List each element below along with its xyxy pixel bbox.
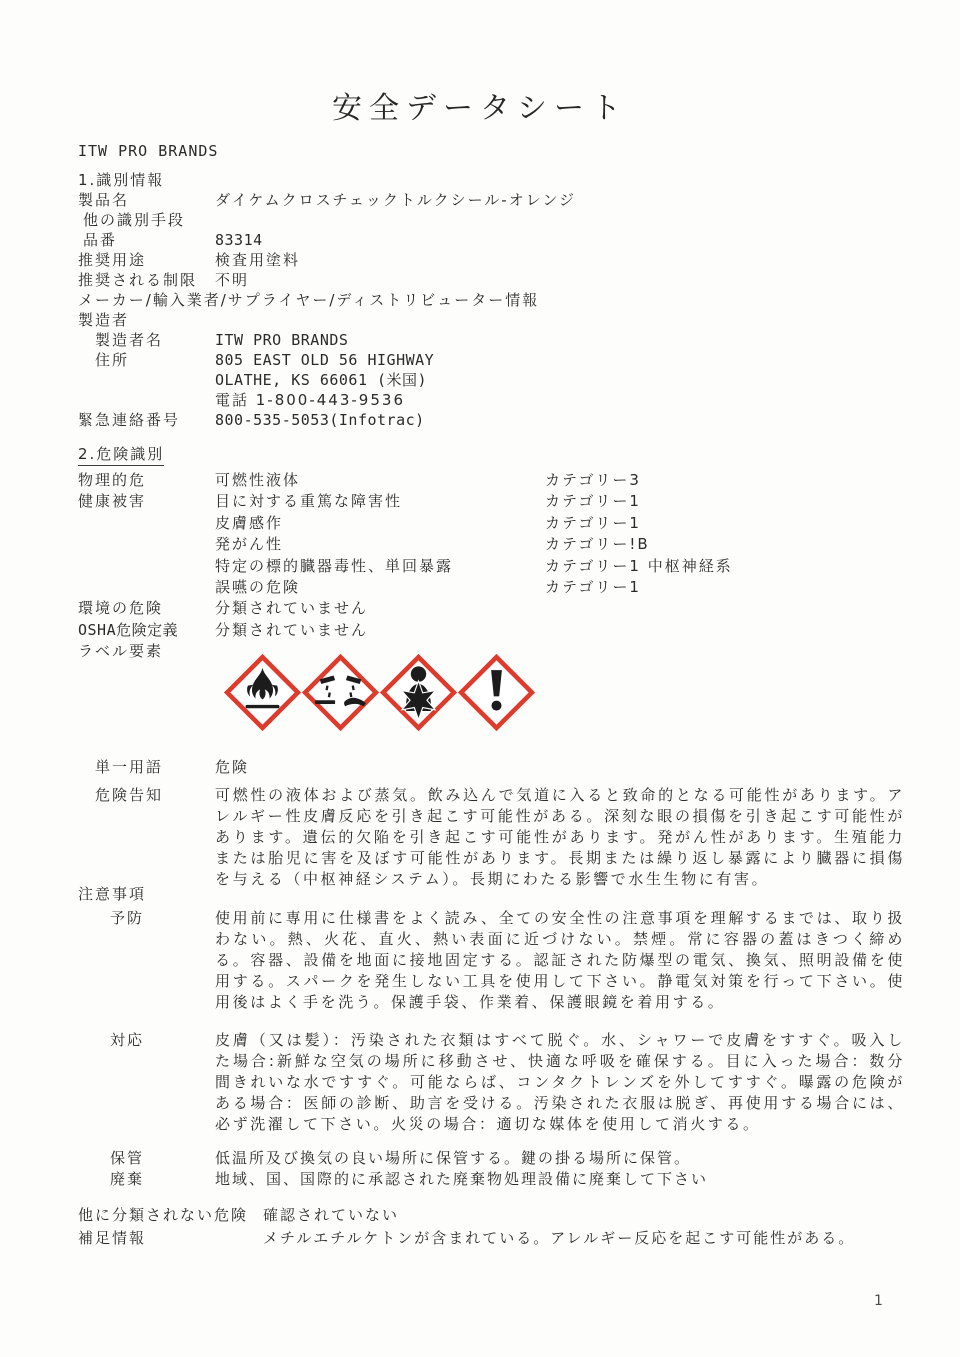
class-category: カテゴリー1 中枢神経系 — [545, 556, 733, 577]
page-number: 1 — [874, 1291, 883, 1311]
signal-word-label: 単一用語 — [95, 757, 215, 777]
class-hazard: 目に対する重篤な障害性 — [215, 491, 545, 512]
field-row-part-number: 品番 83314 — [78, 230, 898, 250]
other-hazards-label: 他に分類されない危険 — [78, 1205, 263, 1228]
disposal-text: 地域、国、国際的に承認された廃棄物処理設備に廃棄して下さい — [215, 1169, 708, 1190]
prevention-label: 予防 — [78, 908, 215, 1013]
hazard-statement-row: 危険告知 可燃性の液体および蒸気。飲み込んで気道に入ると致命的となる可能性があり… — [95, 785, 905, 890]
field-label: 住所 — [78, 350, 215, 370]
class-category: カテゴリー1 — [545, 491, 641, 512]
classification-row: OSHA危険定義 分類されていません — [78, 620, 938, 641]
health-hazard-icon — [380, 654, 457, 731]
field-row-product-name: 製品名 ダイケムクロスチェックトルクシール-オレンジ — [78, 190, 898, 210]
precaution-heading: 注意事項 — [78, 884, 908, 906]
class-hazard: 特定の標的臓器毒性、単回暴露 — [215, 556, 545, 577]
classification-row: 健康被害 目に対する重篤な障害性 カテゴリー1 — [78, 491, 938, 512]
field-row-manufacturer-name: 製造者名 ITW PRO BRANDS — [78, 330, 898, 350]
field-row-address: 住所 805 EAST OLD 56 HIGHWAY — [78, 350, 898, 370]
prevention-row: 予防 使用前に専用に仕様書をよく読み、全ての安全性の注意事項を理解するまでは、取… — [78, 908, 908, 1013]
field-row-maker-info: メーカー/輸入業者/サプライヤー/ディストリビューター情報 — [78, 290, 898, 310]
prevention-text: 使用前に専用に仕様書をよく読み、全ての安全性の注意事項を理解するまでは、取り扱わ… — [215, 908, 905, 1013]
field-row-phone: 電話 1-800-443-9536 — [78, 390, 898, 410]
supplemental-label: 補足情報 — [78, 1228, 263, 1251]
ghs-pictogram-row — [224, 654, 535, 731]
classification-row: 物理的危 可燃性液体 カテゴリー3 — [78, 470, 938, 491]
class-category: カテゴリー1 — [545, 513, 641, 534]
corrosion-icon — [302, 654, 379, 731]
class-label: 環境の危険 — [78, 598, 215, 619]
field-label: 他の識別手段 — [78, 210, 215, 230]
field-label: 製造者名 — [78, 330, 215, 350]
field-value: 電話 1-800-443-9536 — [215, 390, 405, 410]
field-row-emergency: 緊急連絡番号 800-535-5053(Infotrac) — [78, 410, 898, 430]
class-hazard: 発がん性 — [215, 534, 545, 555]
disposal-row: 廃棄 地域、国、国際的に承認された廃棄物処理設備に廃棄して下さい — [78, 1169, 908, 1190]
class-category: カテゴリー3 — [545, 470, 641, 491]
field-label: 推奨される制限 — [78, 270, 215, 290]
field-row-address-2: OLATHE, KS 66061 (米国) — [78, 370, 898, 390]
class-category: カテゴリー1 — [545, 577, 641, 598]
classification-row: 誤嚥の危険 カテゴリー1 — [78, 577, 938, 598]
class-label: 物理的危 — [78, 470, 215, 491]
section-identification: 1.識別情報 製品名 ダイケムクロスチェックトルクシール-オレンジ 他の識別手段… — [78, 170, 898, 430]
response-row: 対応 皮膚（又は髪）：汚染された衣類はすべて脱ぐ。水、シャワーで皮膚をすすぐ。吸… — [78, 1030, 908, 1135]
signal-word-value: 危険 — [215, 757, 249, 777]
field-value: 805 EAST OLD 56 HIGHWAY — [215, 350, 434, 370]
field-label: 緊急連絡番号 — [78, 410, 215, 430]
field-value: ダイケムクロスチェックトルクシール-オレンジ — [215, 190, 576, 210]
field-label: 製品名 — [78, 190, 215, 210]
field-value: ITW PRO BRANDS — [215, 330, 348, 350]
field-label: 推奨用途 — [78, 250, 215, 270]
field-row-restrictions: 推奨される制限 不明 — [78, 270, 898, 290]
ghs-pictogram-exclamation — [458, 654, 535, 731]
classification-row: 皮膚感作 カテゴリー1 — [78, 513, 938, 534]
class-hazard: 分類されていません — [215, 598, 545, 619]
document-title: 安全データシート — [0, 92, 960, 126]
field-label: メーカー/輸入業者/サプライヤー/ディストリビューター情報 — [78, 290, 539, 310]
precaution-block: 注意事項 予防 使用前に専用に仕様書をよく読み、全ての安全性の注意事項を理解する… — [78, 884, 908, 1190]
classification-row: 発がん性 カテゴリー!B — [78, 534, 938, 555]
class-label: 健康被害 — [78, 491, 215, 512]
response-label: 対応 — [78, 1030, 215, 1135]
field-value: 検査用塗料 — [215, 250, 300, 270]
classification-table: 物理的危 可燃性液体 カテゴリー3 健康被害 目に対する重篤な障害性 カテゴリー… — [78, 470, 938, 663]
storage-text: 低温所及び換気の良い場所に保管する。鍵の掛る場所に保管。 — [215, 1148, 691, 1169]
class-hazard: 分類されていません — [215, 620, 545, 641]
section-hazard-identification: 2.危険識別 物理的危 可燃性液体 カテゴリー3 健康被害 目に対する重篤な障害… — [78, 444, 938, 663]
class-label: OSHA危険定義 — [78, 620, 215, 641]
signal-word-row: 単一用語 危険 — [95, 757, 905, 777]
other-hazards-row: 他に分類されない危険 確認されていない — [78, 1205, 918, 1228]
field-value: 800-535-5053(Infotrac) — [215, 410, 425, 430]
ghs-pictogram-flammable — [224, 654, 301, 731]
notes-block: 他に分類されない危険 確認されていない 補足情報 メチルエチルケトンが含まれてい… — [78, 1205, 918, 1251]
response-text: 皮膚（又は髪）：汚染された衣類はすべて脱ぐ。水、シャワーで皮膚をすすぐ。吸入した… — [215, 1030, 905, 1135]
sds-document-page: 安全データシート ITW PRO BRANDS 1.識別情報 製品名 ダイケムク… — [0, 0, 960, 1357]
ghs-pictogram-corrosive — [302, 654, 379, 731]
field-label: 製造者 — [78, 310, 129, 330]
field-row-manufacturer: 製造者 — [78, 310, 898, 330]
class-hazard: 誤嚥の危険 — [215, 577, 545, 598]
classification-row: 環境の危険 分類されていません — [78, 598, 938, 619]
disposal-label: 廃棄 — [78, 1169, 215, 1190]
exclamation-icon — [458, 654, 535, 731]
section1-heading: 1.識別情報 — [78, 170, 164, 190]
other-hazards-value: 確認されていない — [263, 1205, 399, 1228]
field-value: OLATHE, KS 66061 (米国) — [215, 370, 427, 390]
section2-heading: 2.危険識別 — [78, 444, 164, 466]
class-hazard: 皮膚感作 — [215, 513, 545, 534]
class-label: ラベル要素 — [78, 641, 215, 662]
class-category: カテゴリー!B — [545, 534, 650, 555]
flame-icon — [224, 654, 301, 731]
supplemental-value: メチルエチルケトンが含まれている。アレルギー反応を起こす可能性がある。 — [263, 1228, 855, 1251]
storage-label: 保管 — [78, 1148, 215, 1169]
hazard-statement-label: 危険告知 — [95, 785, 215, 890]
supplemental-row: 補足情報 メチルエチルケトンが含まれている。アレルギー反応を起こす可能性がある。 — [78, 1228, 918, 1251]
classification-row: 特定の標的臓器毒性、単回暴露 カテゴリー1 中枢神経系 — [78, 556, 938, 577]
field-row-recommended-use: 推奨用途 検査用塗料 — [78, 250, 898, 270]
signal-word-block: 単一用語 危険 危険告知 可燃性の液体および蒸気。飲み込んで気道に入ると致命的と… — [95, 757, 905, 890]
hazard-statement-text: 可燃性の液体および蒸気。飲み込んで気道に入ると致命的となる可能性があります。アレ… — [215, 785, 905, 890]
class-hazard: 可燃性液体 — [215, 470, 545, 491]
field-row-other-id: 他の識別手段 — [78, 210, 898, 230]
field-label: 品番 — [78, 230, 215, 250]
field-value: 不明 — [215, 270, 249, 290]
storage-row: 保管 低温所及び換気の良い場所に保管する。鍵の掛る場所に保管。 — [78, 1148, 908, 1169]
company-name: ITW PRO BRANDS — [78, 141, 218, 161]
ghs-pictogram-health-hazard — [380, 654, 457, 731]
field-value: 83314 — [215, 230, 263, 250]
